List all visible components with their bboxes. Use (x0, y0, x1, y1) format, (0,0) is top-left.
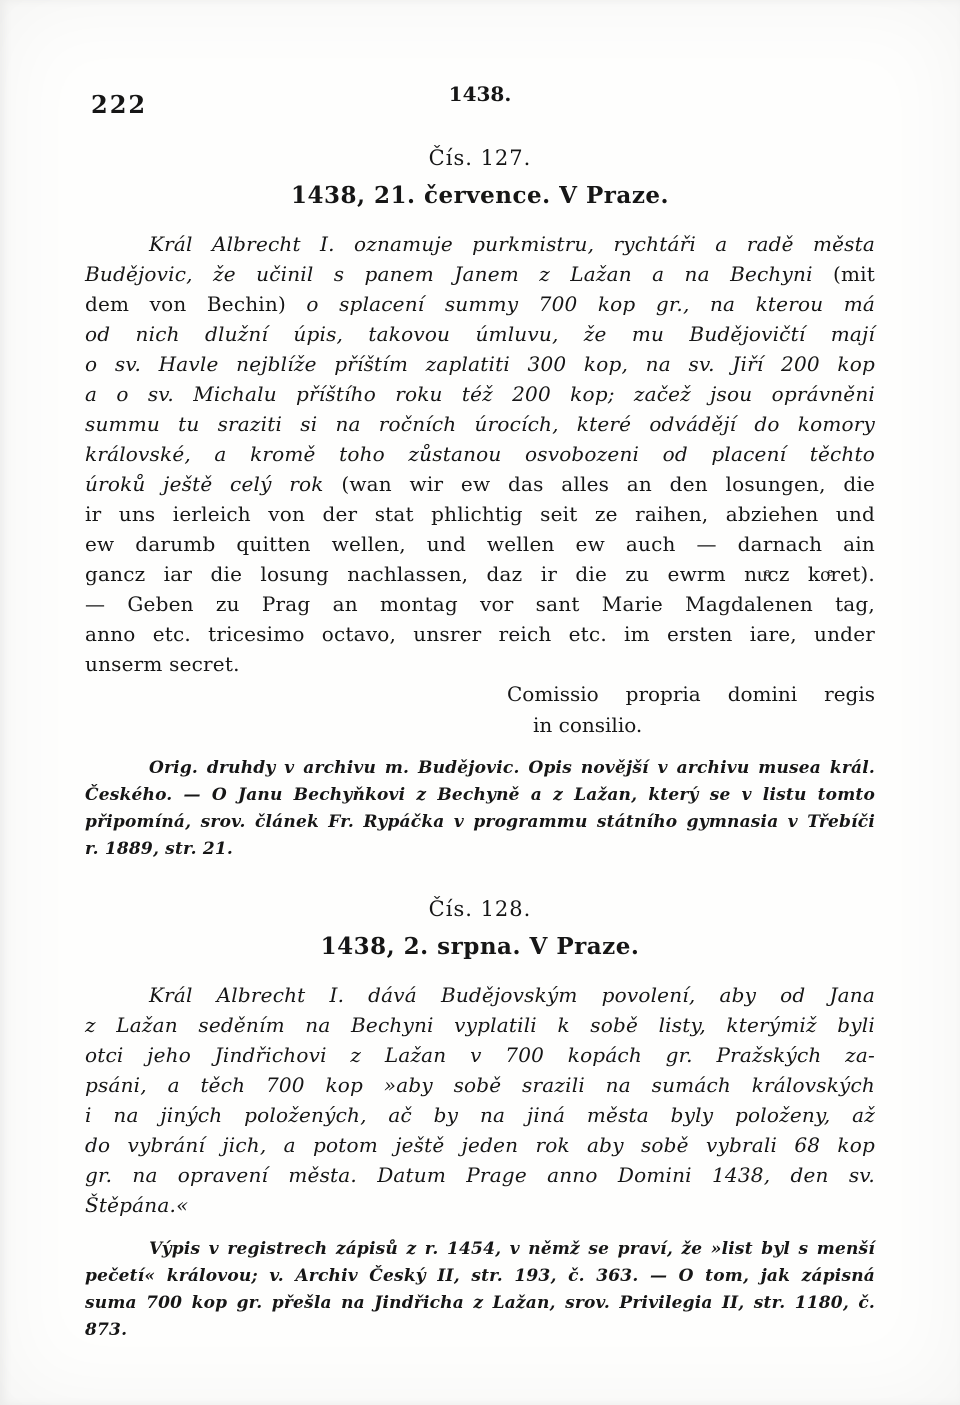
text-line: o sv. Havle nejblíže příštím zaplatiti 3… (85, 349, 875, 379)
document-127: Čís. 127. 1438, 21. července. V Praze. K… (85, 146, 875, 863)
footnote-text-segment: připomíná, srov. článek Fr. Rypáčka v pr… (85, 812, 875, 832)
roman-text-segment: unserm secret. (85, 652, 240, 676)
date-place-heading: 1438, 2. srpna. V Praze. (85, 933, 875, 960)
text-line: r. 1889, str. 21. (85, 836, 875, 863)
text-column: 222 1438. Čís. 127. 1438, 21. července. … (85, 0, 875, 1344)
doc-number: Čís. 128. (85, 897, 875, 921)
italic-text-segment: a o sv. Michalu příštího roku též 200 ko… (85, 382, 875, 406)
text-line: a o sv. Michalu příštího roku též 200 ko… (85, 379, 875, 409)
running-head-year: 1438. (85, 82, 875, 106)
italic-text-segment: psáni, a těch 700 kop »aby sobě srazili … (85, 1073, 875, 1097)
italic-text-segment: úroků ještě celý rok (85, 472, 341, 496)
italic-text-segment: Štěpána.« (85, 1193, 189, 1217)
text-line: gr. na opravení města. Datum Prage anno … (85, 1160, 875, 1190)
doc-number: Čís. 127. (85, 146, 875, 170)
italic-text-segment: od nich dlužní úpis, takovou úmluvu, že … (85, 322, 875, 346)
italic-text-segment: summu tu sraziti si na ročních úrocích, … (85, 412, 875, 436)
text-line: ir uns ierleich von der stat phlichtig s… (85, 499, 875, 529)
date-place-heading: 1438, 21. července. V Praze. (85, 182, 875, 209)
footnote-text-segment: r. 1889, str. 21. (85, 839, 233, 859)
roman-text-segment: — Geben zu Prag an montag vor sant Marie… (85, 592, 875, 616)
italic-text-segment: Král Albrecht I. oznamuje purkmistru, ry… (149, 232, 875, 256)
footnote: Orig. druhdy v archivu m. Budějovic. Opi… (85, 755, 875, 863)
text-line: úroků ještě celý rok (wan wir ew das all… (85, 469, 875, 499)
text-line: Král Albrecht I. oznamuje purkmistru, ry… (85, 229, 875, 259)
text-line: anno etc. tricesimo octavo, unsrer reich… (85, 619, 875, 649)
text-line: — Geben zu Prag an montag vor sant Marie… (85, 589, 875, 619)
footnote-text-segment: Českého. — O Janu Bechyňkovi z Bechyně a… (85, 785, 875, 805)
text-line: Král Albrecht I. dává Budějovským povole… (85, 980, 875, 1010)
text-line: dem von Bechin) o splacení summy 700 kop… (85, 289, 875, 319)
book-page-scan: 222 1438. Čís. 127. 1438, 21. července. … (0, 0, 960, 1405)
commission-note: Comissio propria domini regis in consili… (507, 679, 875, 741)
text-line: suma 700 kop gr. přešla na Jindřicha z L… (85, 1290, 875, 1344)
text-line: unserm secret. (85, 649, 875, 679)
italic-text-segment: i na jiných položených, ač by na jiná mě… (85, 1103, 875, 1127)
text-line: Budějovic, že učinil s panem Janem z Laž… (85, 259, 875, 289)
italic-text-segment: Král Albrecht I. dává Budějovským povole… (149, 983, 875, 1007)
text-line: otci jeho Jindřichovi z Lažan v 700 kopá… (85, 1040, 875, 1070)
roman-text-segment: ew darumb quitten wellen, und wellen ew … (85, 532, 875, 556)
footnote-text-segment: Orig. druhdy v archivu m. Budějovic. Opi… (149, 758, 875, 778)
text-line: summu tu sraziti si na ročních úrocích, … (85, 409, 875, 439)
running-head: 222 1438. (85, 88, 875, 122)
text-line: do vybrání jich, a potom ještě jeden rok… (85, 1130, 875, 1160)
roman-text-segment: anno etc. tricesimo octavo, unsrer reich… (85, 622, 875, 646)
commission-line: Comissio propria domini regis (507, 679, 875, 710)
footnote-text-segment: Výpis v registrech zápisů z r. 1454, v n… (149, 1239, 875, 1259)
text-line: připomíná, srov. článek Fr. Rypáčka v pr… (85, 809, 875, 836)
text-line: Orig. druhdy v archivu m. Budějovic. Opi… (85, 755, 875, 782)
roman-text-segment: gancz iar die losung nachlassen, daz ir … (85, 562, 875, 586)
italic-text-segment: královské, a kromě toho zůstanou osvoboz… (85, 442, 875, 466)
italic-text-segment: o splacení summy 700 kop gr., na kterou … (306, 292, 875, 316)
footnote-text-segment: suma 700 kop gr. přešla na Jindřicha z L… (85, 1293, 875, 1340)
text-line: Českého. — O Janu Bechyňkovi z Bechyně a… (85, 782, 875, 809)
text-line: pečetí« královou; v. Archiv Český II, st… (85, 1263, 875, 1290)
text-line: gancz iar die losung nachlassen, daz ir … (85, 559, 875, 589)
italic-text-segment: Budějovic, že učinil s panem Janem z Laž… (85, 262, 833, 286)
text-line: královské, a kromě toho zůstanou osvoboz… (85, 439, 875, 469)
italic-text-segment: gr. na opravení města. Datum Prage anno … (85, 1163, 875, 1187)
text-line: psáni, a těch 700 kop »aby sobě srazili … (85, 1070, 875, 1100)
italic-text-segment: o sv. Havle nejblíže příštím zaplatiti 3… (85, 352, 875, 376)
roman-text-segment: (mit (833, 262, 875, 286)
commission-line: in consilio. (507, 710, 875, 741)
roman-text-segment: dem von Bechin) (85, 292, 306, 316)
document-body: Král Albrecht I. dává Budějovským povole… (85, 980, 875, 1220)
text-line: Výpis v registrech zápisů z r. 1454, v n… (85, 1236, 875, 1263)
footnote: Výpis v registrech zápisů z r. 1454, v n… (85, 1236, 875, 1344)
text-line: Štěpána.« (85, 1190, 875, 1220)
italic-text-segment: do vybrání jich, a potom ještě jeden rok… (85, 1133, 875, 1157)
document-body: Král Albrecht I. oznamuje purkmistru, ry… (85, 229, 875, 679)
text-line: i na jiných položených, ač by na jiná mě… (85, 1100, 875, 1130)
text-line: z Lažan seděním na Bechyni vyplatili k s… (85, 1010, 875, 1040)
document-128: Čís. 128. 1438, 2. srpna. V Praze. Král … (85, 897, 875, 1344)
footnote-text-segment: pečetí« královou; v. Archiv Český II, st… (85, 1266, 875, 1286)
text-line: ew darumb quitten wellen, und wellen ew … (85, 529, 875, 559)
text-line: od nich dlužní úpis, takovou úmluvu, že … (85, 319, 875, 349)
roman-text-segment: ir uns ierleich von der stat phlichtig s… (85, 502, 875, 526)
italic-text-segment: otci jeho Jindřichovi z Lažan v 700 kopá… (85, 1043, 875, 1067)
roman-text-segment: (wan wir ew das alles an den losungen, d… (341, 472, 875, 496)
italic-text-segment: z Lažan seděním na Bechyni vyplatili k s… (85, 1013, 875, 1037)
